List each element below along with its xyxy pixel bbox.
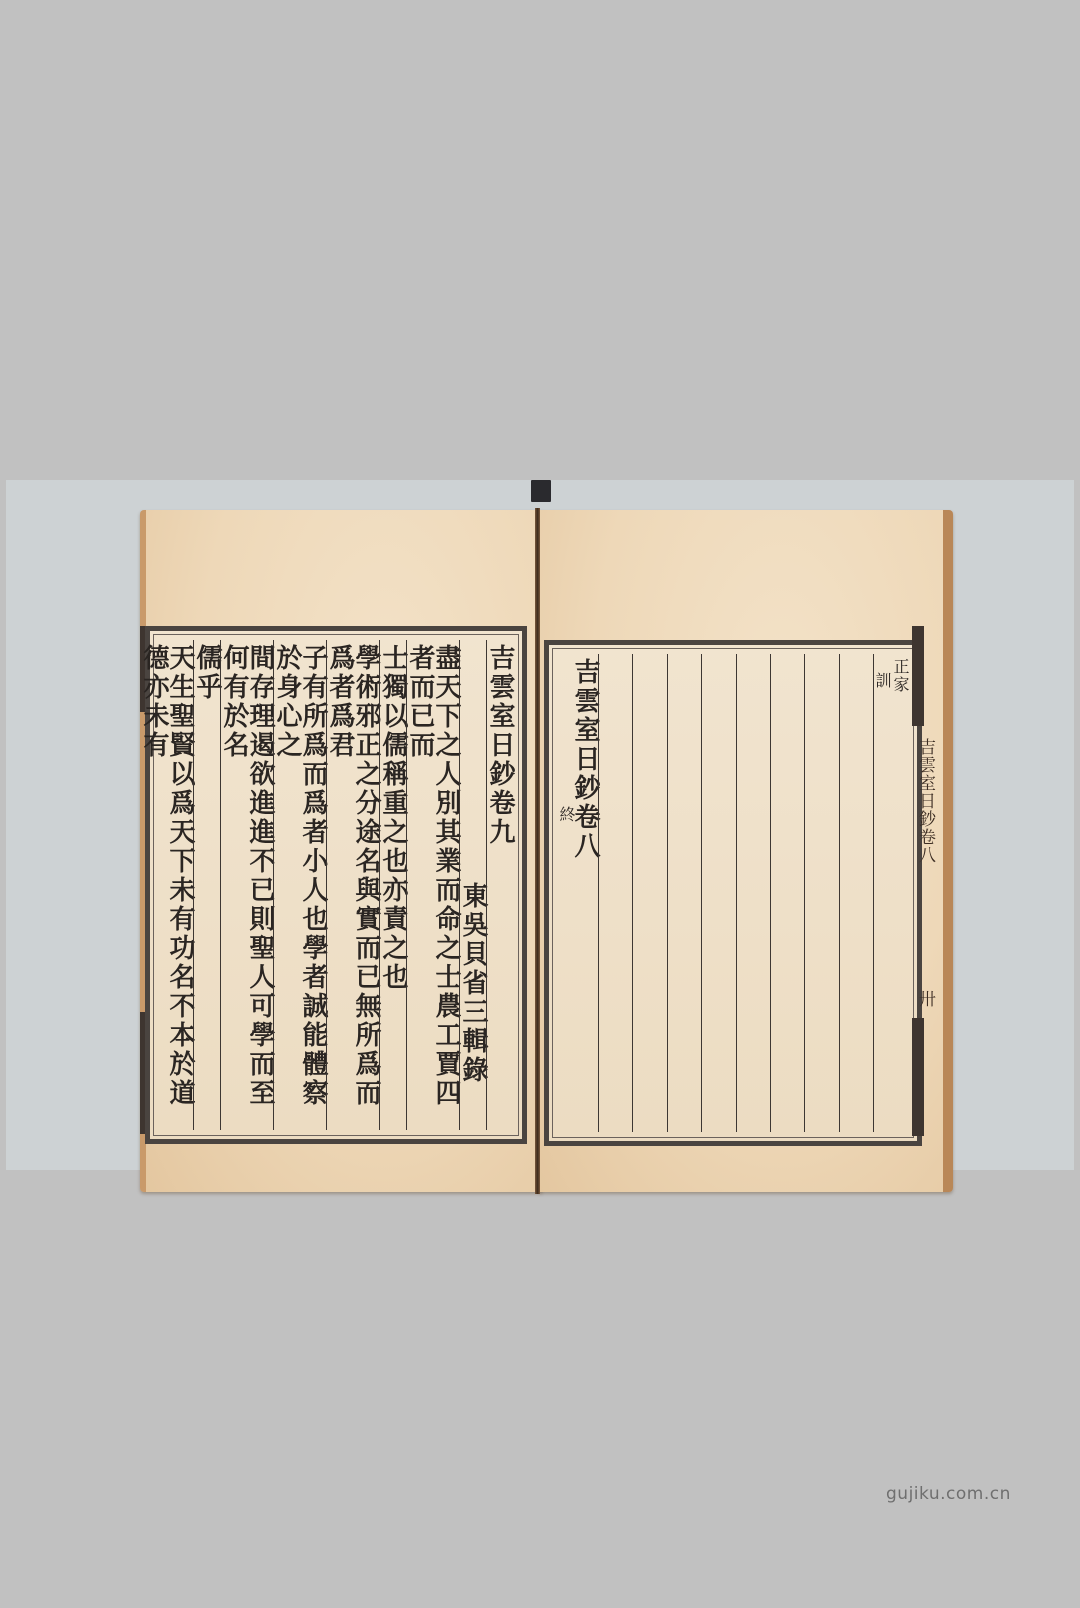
- heading-small-1: 正家: [892, 658, 908, 694]
- blank-column: [804, 654, 838, 1132]
- column-2: 東吳貝省三輯錄: [459, 640, 486, 1130]
- column-1: 吉雲室日鈔卷九: [486, 640, 513, 1130]
- column-3: 盡天下之人別其業而命之士農工賈四者而已而: [406, 640, 459, 1130]
- text-line: 士獨以儒稱重之也亦責之也: [380, 644, 406, 992]
- text-line: 盡天下之人別其業而命之士農工賈四者而已而: [407, 644, 459, 1130]
- column-7: 間存理遏欲進進不已則聖人可學而至何有於名: [220, 640, 273, 1130]
- blank-column: [598, 654, 632, 1132]
- column-4: 士獨以儒稱重之也亦責之也: [379, 640, 406, 1130]
- blank-column: [839, 654, 873, 1132]
- heading-small-2: 訓: [874, 672, 890, 690]
- right-heading-column: 訓 正家: [873, 654, 908, 1132]
- blank-column: [770, 654, 804, 1132]
- left-text-frame: 吉雲室日鈔卷九 東吳貝省三輯錄 盡天下之人別其業而命之士農工賈四者而已而 士獨以…: [145, 626, 527, 1144]
- text-line: 子有所爲而爲者小人也學者誠能體察於身心之: [274, 644, 326, 1130]
- right-columns: 訓 正家 終 吉雲室日鈔卷八: [558, 654, 908, 1132]
- blank-column: [667, 654, 701, 1132]
- right-text-frame: 訓 正家 終 吉雲室日鈔卷八: [544, 640, 922, 1146]
- blank-column: [736, 654, 770, 1132]
- right-edge-band-top: [912, 626, 924, 726]
- author-line: 東吳貝省三輯錄: [460, 882, 486, 1085]
- book-spine: [535, 508, 540, 1194]
- blank-column: [632, 654, 666, 1132]
- blank-column: [701, 654, 735, 1132]
- left-columns: 吉雲室日鈔卷九 東吳貝省三輯錄 盡天下之人別其業而命之士農工賈四者而已而 士獨以…: [159, 640, 513, 1130]
- right-margin-label: 吉雲室日鈔卷八: [913, 738, 938, 864]
- right-title-column: 終 吉雲室日鈔卷八: [558, 654, 598, 1132]
- watermark: gujiku.com.cn: [886, 1484, 1011, 1504]
- right-page-number: 卅: [913, 990, 938, 1008]
- column-9: 天生聖賢以爲天下未有功名不本於道德亦未有: [141, 640, 193, 1130]
- column-6: 子有所爲而爲者小人也學者誠能體察於身心之: [273, 640, 326, 1130]
- right-edge-band-bottom: [912, 1018, 924, 1136]
- bookmark-ribbon: [531, 480, 551, 502]
- column-8: 儒乎: [193, 640, 220, 1130]
- column-5: 學術邪正之分途名與實而已無所爲而爲者爲君: [326, 640, 379, 1130]
- text-line: 間存理遏欲進進不已則聖人可學而至何有於名: [221, 644, 273, 1130]
- chapter-title: 吉雲室日鈔卷九: [487, 644, 513, 847]
- text-line: 學術邪正之分途名與實而已無所爲而爲者爲君: [327, 644, 379, 1130]
- volume-title: 吉雲室日鈔卷八: [572, 658, 598, 861]
- text-line: 天生聖賢以爲天下未有功名不本於道德亦未有: [141, 644, 193, 1130]
- text-line: 儒乎: [194, 644, 220, 702]
